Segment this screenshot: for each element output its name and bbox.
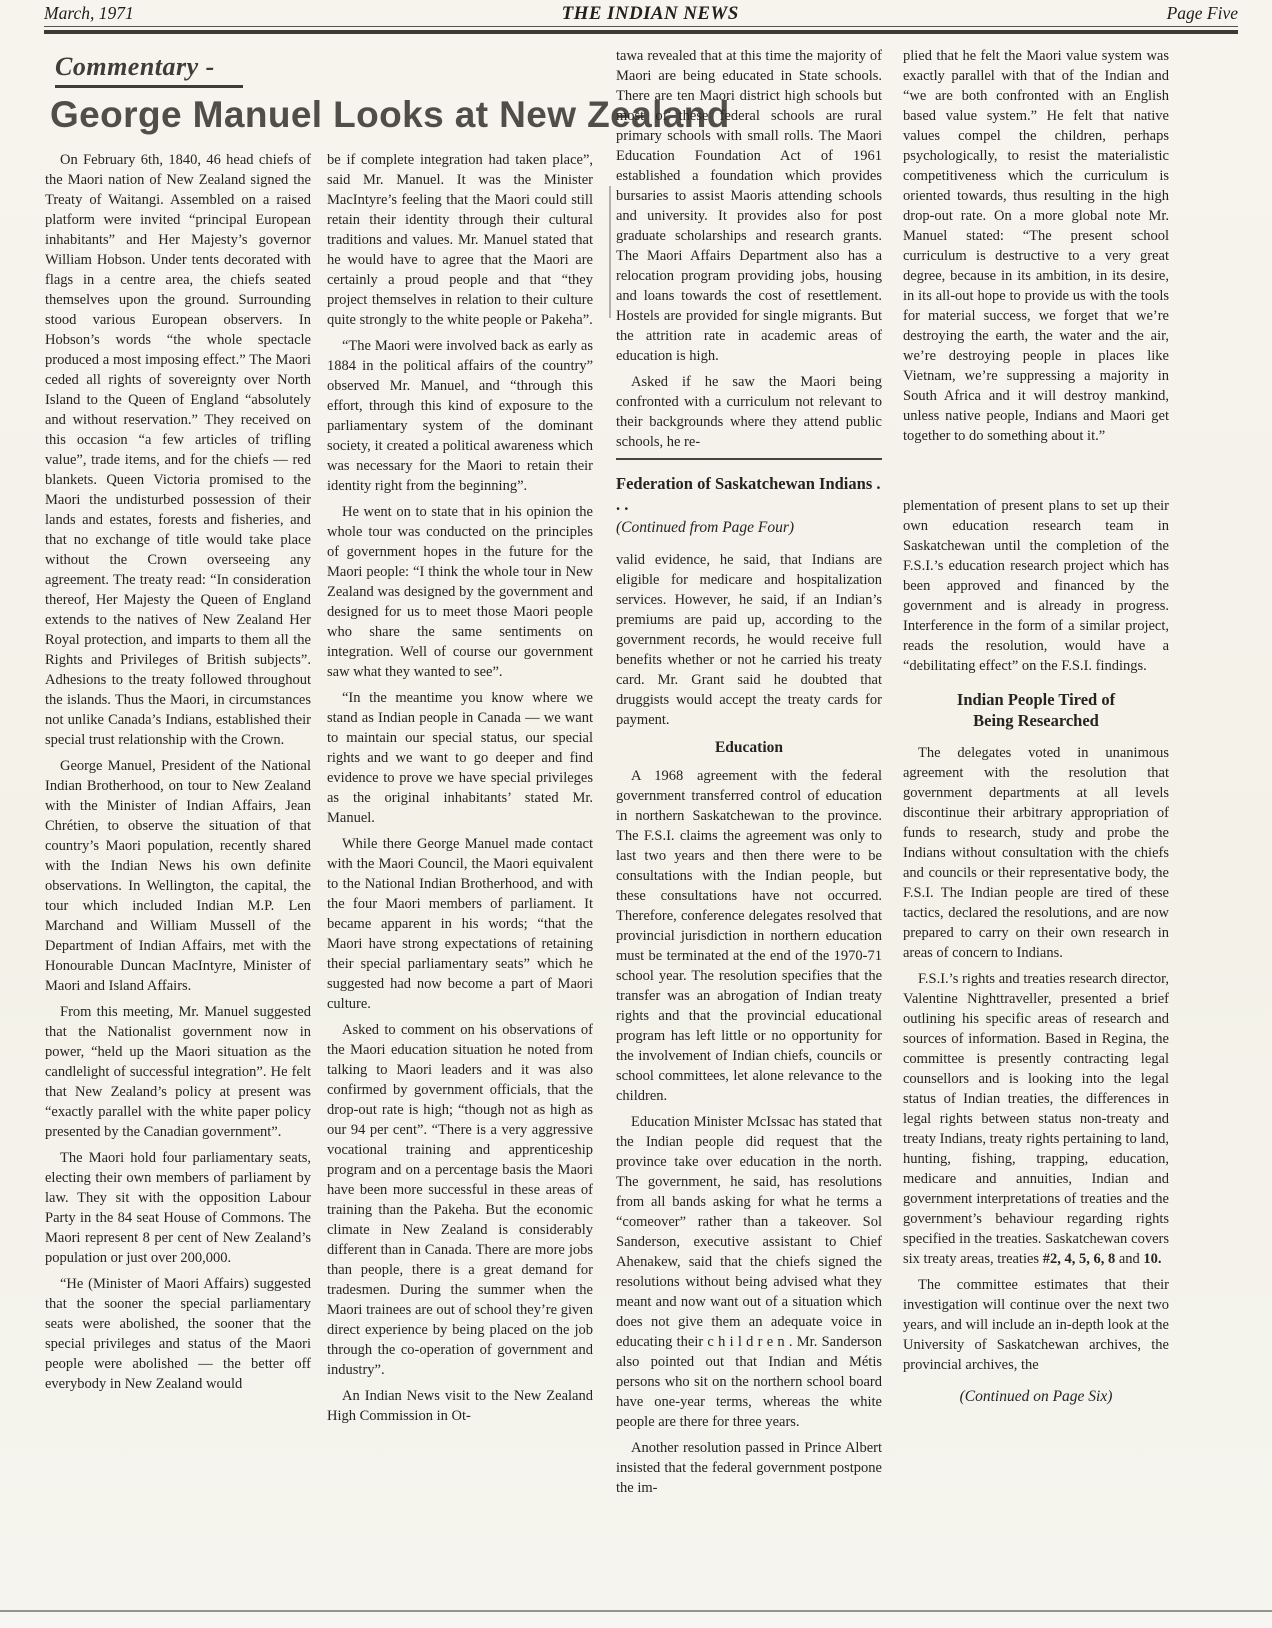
masthead-title: THE INDIAN NEWS	[562, 3, 739, 25]
paragraph: plementation of present plans to set up …	[903, 496, 1169, 676]
paragraph: The committee estimates that their inves…	[903, 1275, 1169, 1375]
column-1: On February 6th, 1840, 46 head chiefs of…	[45, 150, 311, 1596]
paragraph: He went on to state that in his opinion …	[327, 502, 593, 682]
scan-artifact-vertical-line	[609, 186, 611, 318]
tired-subheading-line2: Being Researched	[973, 711, 1099, 730]
manuel-article-col4-continuation: plied that he felt the Maori value syste…	[903, 46, 1169, 446]
column-2: be if complete integration had taken pla…	[327, 150, 593, 1596]
continued-from-note: (Continued from Page Four)	[616, 518, 882, 538]
federation-article-body-col4: plementation of present plans to set up …	[903, 496, 1169, 676]
column-3: tawa revealed that at this time the majo…	[616, 46, 882, 1602]
paragraph: An Indian News visit to the New Zealand …	[327, 1386, 593, 1426]
paragraph: A 1968 agreement with the federal govern…	[616, 766, 882, 1106]
federation-article-body-col3: valid evidence, he said, that Indians ar…	[616, 550, 882, 730]
paragraph: “The Maori were involved back as early a…	[327, 336, 593, 496]
paragraph: On February 6th, 1840, 46 head chiefs of…	[45, 150, 311, 750]
masthead-page-number: Page Five	[1167, 3, 1238, 24]
federation-article-heading: Federation of Saskatchewan Indians . . .	[616, 474, 882, 515]
continued-on-note: (Continued on Page Six)	[903, 1387, 1169, 1407]
paragraph: be if complete integration had taken pla…	[327, 150, 593, 330]
masthead-rule-thin	[44, 26, 1238, 27]
paragraph: “In the meantime you know where we stand…	[327, 688, 593, 828]
paragraph: Asked if he saw the Maori being confront…	[616, 372, 882, 452]
treaties-paragraph-text: F.S.I.’s rights and treaties research di…	[903, 971, 1169, 1267]
paragraph: plied that he felt the Maori value syste…	[903, 46, 1169, 446]
paragraph: While there George Manuel made contact w…	[327, 834, 593, 1014]
paragraph: The Maori hold four parliamentary seats,…	[45, 1148, 311, 1268]
page-bottom-margin	[0, 1612, 1272, 1628]
manuel-article-col3-continuation: tawa revealed that at this time the majo…	[616, 46, 882, 452]
education-subheading: Education	[616, 738, 882, 758]
paragraph: The delegates voted in unanimous agreeme…	[903, 743, 1169, 963]
treaty-numbers-bold: #2, 4, 5, 6, 8	[1043, 1251, 1116, 1267]
commentary-section-label: Commentary -	[55, 52, 243, 88]
section-divider-rule	[616, 458, 882, 460]
page-masthead: March, 1971 THE INDIAN NEWS Page Five	[44, 3, 1238, 25]
tired-of-research-subheading: Indian People Tired of Being Researched	[903, 689, 1169, 732]
education-section-body: A 1968 agreement with the federal govern…	[616, 766, 882, 1498]
paragraph: Another resolution passed in Prince Albe…	[616, 1438, 882, 1498]
treaties-paragraph-and: and	[1115, 1251, 1143, 1267]
paragraph: Education Minister McIssac has stated th…	[616, 1112, 882, 1432]
paragraph: valid evidence, he said, that Indians ar…	[616, 550, 882, 730]
paragraph: George Manuel, President of the National…	[45, 756, 311, 996]
paragraph: Asked to comment on his observations of …	[327, 1020, 593, 1380]
treaties-paragraph: F.S.I.’s rights and treaties research di…	[903, 969, 1169, 1269]
column-4: plied that he felt the Maori value syste…	[903, 46, 1169, 1606]
tired-section-body: The delegates voted in unanimous agreeme…	[903, 743, 1169, 963]
article-gap	[903, 452, 1169, 496]
newspaper-page: March, 1971 THE INDIAN NEWS Page Five Co…	[0, 0, 1272, 1628]
committee-estimate-body: The committee estimates that their inves…	[903, 1275, 1169, 1375]
paragraph: From this meeting, Mr. Manuel suggested …	[45, 1002, 311, 1142]
treaty-number-ten-bold: 10.	[1143, 1251, 1161, 1267]
tired-subheading-line1: Indian People Tired of	[957, 690, 1115, 709]
masthead-rule-thick	[44, 30, 1238, 34]
masthead-date: March, 1971	[44, 3, 134, 24]
paragraph: tawa revealed that at this time the majo…	[616, 46, 882, 366]
paragraph: “He (Minister of Maori Affairs) suggeste…	[45, 1274, 311, 1394]
